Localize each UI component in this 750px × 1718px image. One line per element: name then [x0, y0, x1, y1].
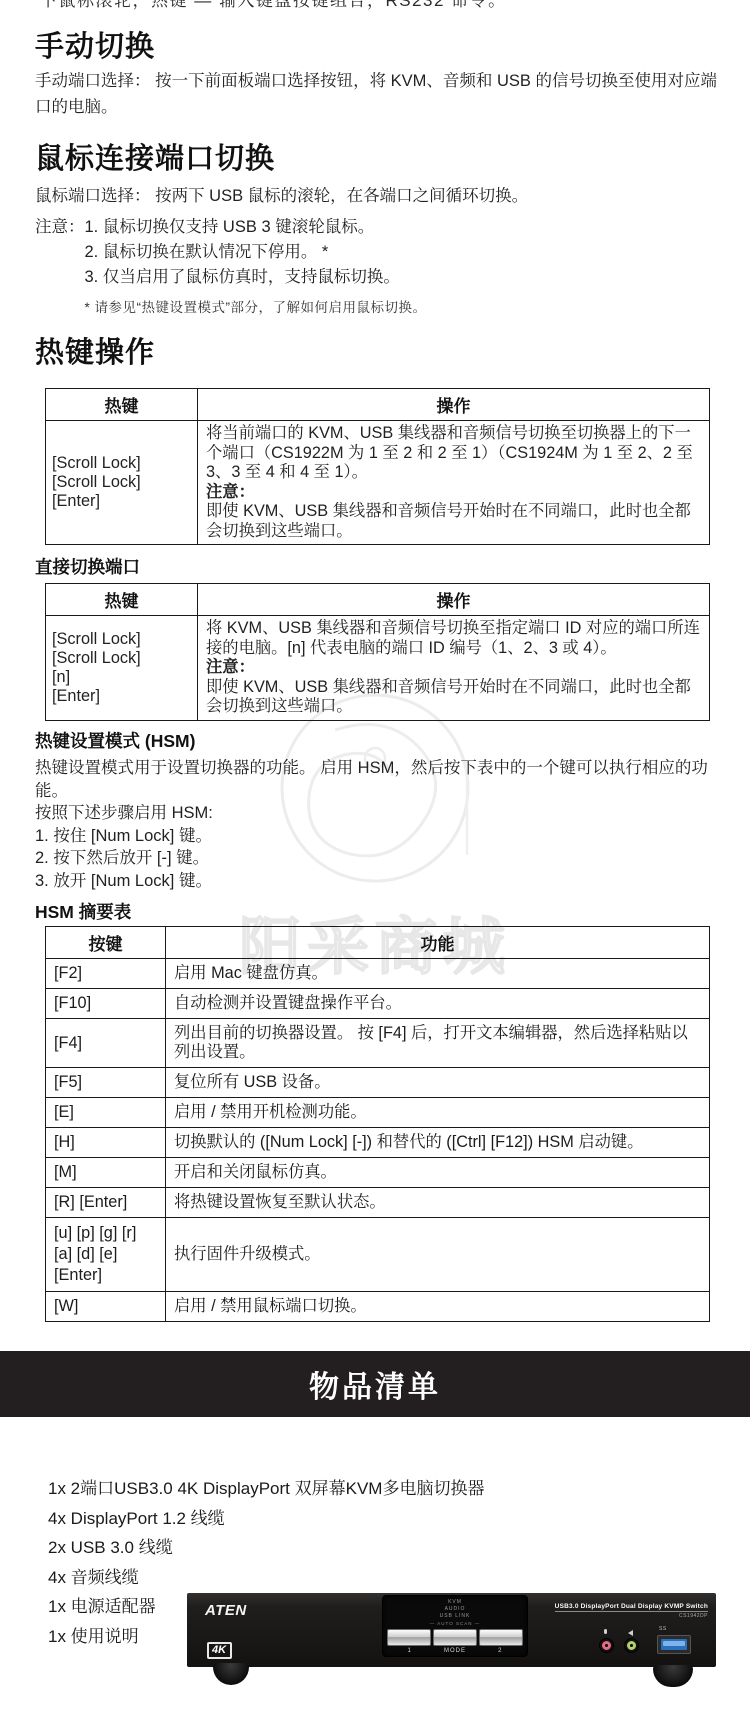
4k-badge: 4K	[207, 1642, 232, 1659]
mode-button	[433, 1629, 477, 1646]
cutoff-text-line: 下鼠标滚轮，热键 — 输入键盘按键组合，RS232 命令。	[40, 0, 507, 11]
speaker-icon	[628, 1630, 633, 1636]
col-header-operation: 操作	[198, 584, 710, 616]
hotkey-keys: [Scroll Lock] [Scroll Lock] [n] [Enter]	[46, 616, 198, 721]
device-title: USB3.0 DisplayPort Dual Display KVMP Swi…	[555, 1603, 708, 1612]
product-manual-page: 阳采商城 下鼠标滚轮，热键 — 输入键盘按键组合，RS232 命令。 手动切换 …	[0, 0, 750, 1718]
hsm-step: 1. 按住 [Num Lock] 键。	[35, 825, 730, 848]
hsm-section: 热键设置模式 (HSM) 热键设置模式用于设置切换器的功能。 启用 HSM，然后…	[35, 728, 730, 892]
packing-list-title: 物品清单	[309, 1362, 441, 1406]
panel-label-audio: AUDIO	[383, 1606, 527, 1613]
list-item: 1x 2端口USB3.0 4K DisplayPort 双屏幕KVM多电脑切换器	[48, 1474, 484, 1504]
subsection-direct-switching: 直接切换端口	[35, 554, 140, 579]
packing-list-banner: 物品清单	[0, 1351, 750, 1417]
col-header-operation: 操作	[198, 389, 710, 421]
list-item: 2x USB 3.0 线缆	[48, 1533, 484, 1563]
table-row: [H] 切换默认的 ([Num Lock] [-]) 和替代的 ([Ctrl] …	[46, 1128, 710, 1158]
port-button-1	[387, 1629, 431, 1646]
hsm-step: 2. 按下然后放开 [-] 键。	[35, 847, 730, 870]
notes-list: 1. 鼠标切换仅支持 USB 3 键滚轮鼠标。 2. 鼠标切换在默认情况下停用。…	[85, 215, 427, 320]
mode-label: MODE	[432, 1648, 477, 1654]
hsm-summary-label: HSM 摘要表	[35, 899, 131, 924]
hsm-subtitle: 热键设置模式 (HSM)	[35, 728, 730, 753]
hsm-enable-intro: 按照下述步骤启用 HSM:	[35, 802, 730, 825]
hotkey-operation: 将 KVM、USB 集线器和音频信号切换至指定端口 ID 对应的端口所连接的电脑…	[198, 616, 710, 721]
table-row: [F5] 复位所有 USB 设备。	[46, 1068, 710, 1098]
manual-switching-body: 手动端口选择： 按一下前面板端口选择按钮，将 KVM、音频和 USB 的信号切换…	[35, 68, 723, 120]
panel-label-kvm: KVM	[383, 1599, 527, 1606]
table-row: [u] [p] [g] [r] [a] [d] [e] [Enter] 执行固件…	[46, 1218, 710, 1292]
panel-label-auto-scan: — AUTO SCAN —	[383, 1620, 527, 1627]
hsm-step: 3. 放开 [Num Lock] 键。	[35, 870, 730, 893]
audio-jack	[625, 1639, 638, 1652]
usb-ss-label: SS	[659, 1626, 667, 1632]
section-title-manual-switching: 手动切换	[35, 24, 155, 65]
mouse-switching-body: 鼠标端口选择： 按两下 USB 鼠标的滚轮，在各端口之间循环切换。	[35, 183, 725, 209]
port2-label: 2	[478, 1648, 523, 1654]
usb3-port	[657, 1635, 691, 1654]
list-item: 4x DisplayPort 1.2 线缆	[48, 1504, 484, 1534]
mic-jack	[600, 1639, 613, 1652]
mouse-footnote: * 请参见“热键设置模式”部分，了解如何启用鼠标切换。	[85, 295, 427, 320]
hsm-summary-table: 按键 功能 [F2] 启用 Mac 键盘仿真。 [F10] 自动检测并设置键盘操…	[45, 926, 710, 1322]
hotkey-table: 热键 操作 [Scroll Lock] [Scroll Lock] [Enter…	[45, 388, 710, 545]
note-item: 1. 鼠标切换仅支持 USB 3 键滚轮鼠标。	[85, 215, 427, 240]
list-item: 4x 音频线缆	[48, 1563, 484, 1593]
table-row: [Scroll Lock] [Scroll Lock] [n] [Enter] …	[46, 616, 710, 721]
mic-icon	[604, 1629, 607, 1634]
col-header-hotkey: 热键	[46, 584, 198, 616]
device-foot	[653, 1665, 693, 1687]
device-foot	[213, 1663, 249, 1685]
device-model: CS1942DP	[679, 1613, 708, 1619]
col-header-function: 功能	[166, 927, 710, 959]
hotkey-keys: [Scroll Lock] [Scroll Lock] [Enter]	[46, 421, 198, 545]
section-title-mouse-switching: 鼠标连接端口切换	[35, 136, 275, 177]
table-row: [W] 启用 / 禁用鼠标端口切换。	[46, 1292, 710, 1322]
note-item: 3. 仅当启用了鼠标仿真时，支持鼠标切换。	[85, 265, 427, 290]
note-item: 2. 鼠标切换在默认情况下停用。 *	[85, 240, 427, 265]
port1-label: 1	[387, 1648, 432, 1654]
table-row: [F2] 启用 Mac 键盘仿真。	[46, 959, 710, 989]
front-panel: KVM AUDIO USB LINK — AUTO SCAN — 1 MODE …	[382, 1595, 528, 1657]
hsm-description: 热键设置模式用于设置切换器的功能。 启用 HSM，然后按下表中的一个键可以执行相…	[35, 757, 730, 802]
col-header-key: 按键	[46, 927, 166, 959]
table-row: [Scroll Lock] [Scroll Lock] [Enter] 将当前端…	[46, 421, 710, 545]
table-row: [F4] 列出目前的切换器设置。 按 [F4] 后，打开文本编辑器，然后选择粘贴…	[46, 1019, 710, 1068]
notes-label: 注意：	[35, 215, 85, 320]
table-row: [F10] 自动检测并设置键盘操作平台。	[46, 989, 710, 1019]
mouse-notes: 注意： 1. 鼠标切换仅支持 USB 3 键滚轮鼠标。 2. 鼠标切换在默认情况…	[35, 215, 427, 320]
panel-label-usb-link: USB LINK	[383, 1613, 527, 1620]
table-row: [M] 开启和关闭鼠标仿真。	[46, 1158, 710, 1188]
hotkey-operation: 将当前端口的 KVM、USB 集线器和音频信号切换至切换器上的下一个端口（CS1…	[198, 421, 710, 545]
direct-switch-table: 热键 操作 [Scroll Lock] [Scroll Lock] [n] [E…	[45, 583, 710, 721]
section-title-hotkey: 热键操作	[35, 330, 155, 371]
port-buttons	[387, 1629, 523, 1646]
aten-logo: ATEN	[205, 1602, 247, 1619]
button-labels: 1 MODE 2	[387, 1648, 523, 1654]
table-row: [E] 启用 / 禁用开机检测功能。	[46, 1098, 710, 1128]
port-button-2	[479, 1629, 523, 1646]
table-header-row: 热键 操作	[46, 584, 710, 616]
table-header-row: 热键 操作	[46, 389, 710, 421]
col-header-hotkey: 热键	[46, 389, 198, 421]
product-image-kvm-switch: ATEN 4K KVM AUDIO USB LINK — AUTO SCAN —…	[187, 1593, 716, 1667]
table-header-row: 按键 功能	[46, 927, 710, 959]
table-row: [R] [Enter] 将热键设置恢复至默认状态。	[46, 1188, 710, 1218]
